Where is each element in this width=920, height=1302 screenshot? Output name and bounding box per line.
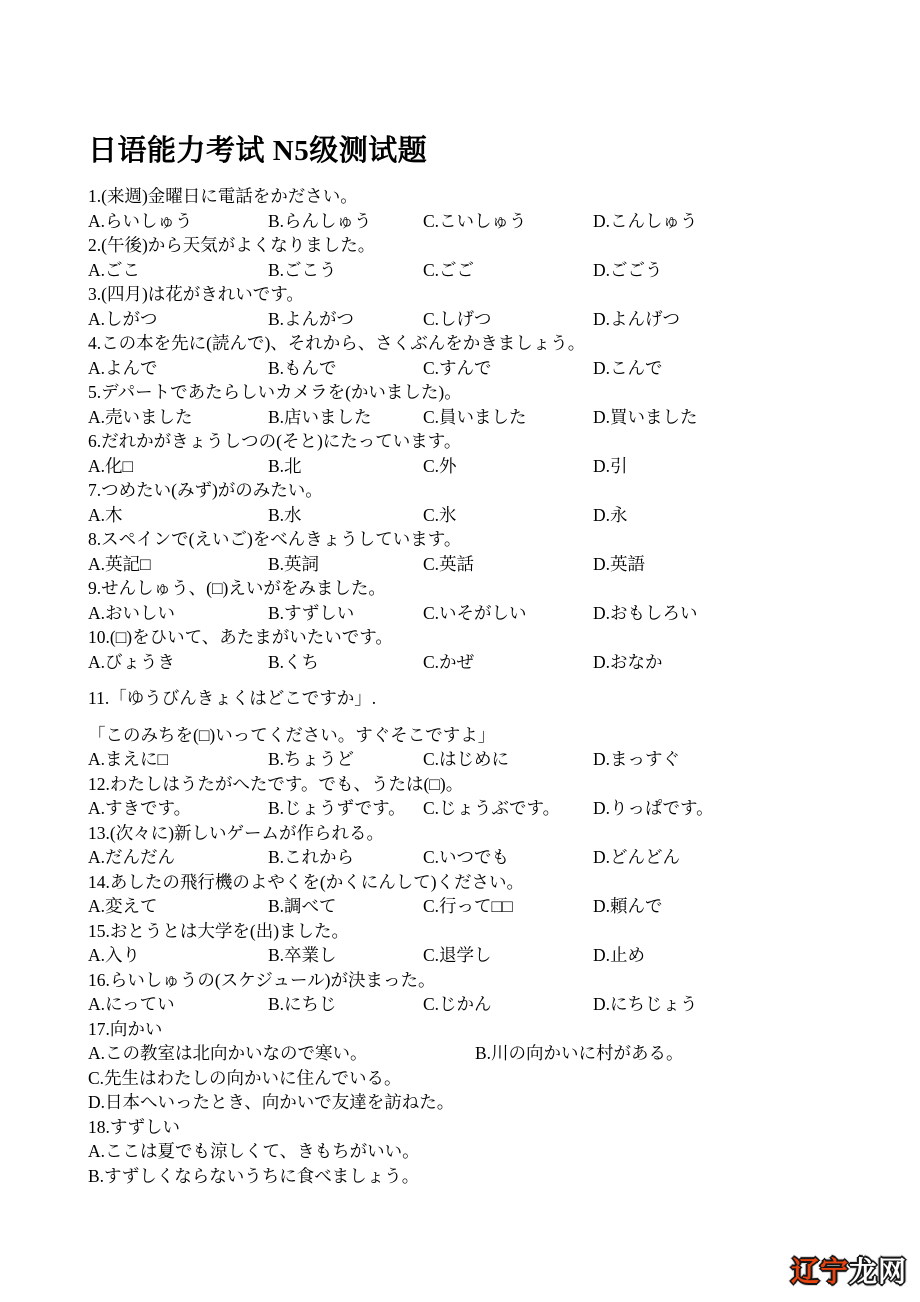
page-title: 日语能力考试 N5级测试题 (88, 134, 884, 169)
question-line: 2.(午後)から天気がよくなりました。 (88, 233, 884, 258)
option-cell: A.だんだん (88, 845, 268, 870)
option-cell: B.英詞 (268, 552, 423, 577)
option-cell: A.らいしゅう (88, 209, 268, 234)
question-line: 13.(次々に)新しいゲームが作られる。 (88, 821, 884, 846)
question-list: 1.(来週)金曜日に電話をかださい。A.らいしゅうB.らんしゅうC.こいしゅうD… (88, 184, 884, 1188)
option-line: C.先生はわたしの向かいに住んでいる。 (88, 1066, 884, 1091)
document-page: 日语能力考试 N5级测试题 1.(来週)金曜日に電話をかださい。A.らいしゅうB… (0, 0, 920, 1302)
option-line: B.すずしくならないうちに食べましょう。 (88, 1164, 884, 1189)
option-cell: D.にちじょう (593, 992, 884, 1017)
option-cell: B.卒業し (268, 943, 423, 968)
question-line: 17.向かい (88, 1017, 884, 1042)
option-cell: C.じょうぶです。 (423, 796, 593, 821)
option-cell: D.おなか (593, 650, 884, 675)
option-cell: B.らんしゅう (268, 209, 423, 234)
option-cell: C.氷 (423, 503, 593, 528)
option-cell: A.変えて (88, 894, 268, 919)
option-cell: A.すきです。 (88, 796, 268, 821)
dialogue-line: 「このみちを(□)いってください。すぐそこですよ」 (88, 723, 884, 748)
question-line: 11.「ゆうびんきょくはどこですか」. (88, 686, 884, 711)
option-cell: D.ごごう (593, 258, 884, 283)
options-row: A.化□B.北C.外D.引 (88, 454, 884, 479)
option-cell: C.退学し (423, 943, 593, 968)
question-line: 16.らいしゅうの(スケジュール)が決まった。 (88, 968, 884, 993)
option-cell: A.しがつ (88, 307, 268, 332)
watermark-part2: 龙网 (849, 1257, 907, 1288)
option-cell: A.まえに□ (88, 747, 268, 772)
option-cell: A.木 (88, 503, 268, 528)
question-line: 15.おとうとは大学を(出)ました。 (88, 919, 884, 944)
option-cell: D.引 (593, 454, 884, 479)
option-cell: C.行って□□ (423, 894, 593, 919)
option-cell: D.おもしろい (593, 601, 884, 626)
option-cell: C.じかん (423, 992, 593, 1017)
option-cell: A.おいしい (88, 601, 268, 626)
question-line: 5.デパートであたらしいカメラを(かいました)。 (88, 380, 884, 405)
option-line: A.ここは夏でも涼しくて、きもちがいい。 (88, 1139, 884, 1164)
option-cell: B.ごこう (268, 258, 423, 283)
option-cell: B.水 (268, 503, 423, 528)
option-cell: D.こんで (593, 356, 884, 381)
option-cell: C.こいしゅう (423, 209, 593, 234)
option-cell: D.よんげつ (593, 307, 884, 332)
options-row: A.英記□B.英詞C.英話D.英語 (88, 552, 884, 577)
option-cell: C.ごご (423, 258, 593, 283)
option-cell: C.員いました (423, 405, 593, 430)
question-line: 1.(来週)金曜日に電話をかださい。 (88, 184, 884, 209)
option-cell: C.しげつ (423, 307, 593, 332)
options-row: A.おいしいB.すずしいC.いそがしいD.おもしろい (88, 601, 884, 626)
option-cell: D.まっすぐ (593, 747, 884, 772)
option-cell: B.よんがつ (268, 307, 423, 332)
option-cell: C.いそがしい (423, 601, 593, 626)
option-cell: B.北 (268, 454, 423, 479)
option-cell: A.よんで (88, 356, 268, 381)
option-cell: D.頼んで (593, 894, 884, 919)
option-cell: D.買いました (593, 405, 884, 430)
option-cell: D.こんしゅう (593, 209, 884, 234)
option-cell: B.くち (268, 650, 423, 675)
options-row: A.すきです。B.じょうずです。C.じょうぶです。D.りっぱです。 (88, 796, 884, 821)
option-cell: D.英語 (593, 552, 884, 577)
options-row: A.にっていB.にちじC.じかんD.にちじょう (88, 992, 884, 1017)
option-cell: B.もんで (268, 356, 423, 381)
option-cell: A.ごこ (88, 258, 268, 283)
option-cell: B.これから (268, 845, 423, 870)
options-row: A.だんだんB.これからC.いつでもD.どんどん (88, 845, 884, 870)
option-cell: B.じょうずです。 (268, 796, 423, 821)
question-line: 3.(四月)は花がきれいです。 (88, 282, 884, 307)
option-cell: A.この教室は北向かいなので寒い。 (88, 1041, 475, 1066)
question-line: 12.わたしはうたがへたです。でも、うたは(□)。 (88, 772, 884, 797)
options-row: A.まえに□B.ちょうどC.はじめにD.まっすぐ (88, 747, 884, 772)
option-cell: C.すんで (423, 356, 593, 381)
watermark-part1: 辽宁 (791, 1257, 849, 1288)
question-line: 14.あしたの飛行機のよやくを(かくにんして)ください。 (88, 870, 884, 895)
options-row: A.ごこB.ごこうC.ごごD.ごごう (88, 258, 884, 283)
option-cell: B.調べて (268, 894, 423, 919)
option-cell: B.店いました (268, 405, 423, 430)
options-row: A.木B.水C.氷D.永 (88, 503, 884, 528)
options-row: A.変えてB.調べてC.行って□□D.頼んで (88, 894, 884, 919)
options-row: A.らいしゅうB.らんしゅうC.こいしゅうD.こんしゅう (88, 209, 884, 234)
option-cell: C.はじめに (423, 747, 593, 772)
option-cell: D.りっぱです。 (593, 796, 884, 821)
options-row: A.入りB.卒業しC.退学しD.止め (88, 943, 884, 968)
option-cell: A.化□ (88, 454, 268, 479)
option-cell: A.にってい (88, 992, 268, 1017)
option-cell: D.どんどん (593, 845, 884, 870)
option-cell: C.外 (423, 454, 593, 479)
option-cell: B.にちじ (268, 992, 423, 1017)
question-line: 10.(□)をひいて、あたまがいたいです。 (88, 625, 884, 650)
options-row: A.この教室は北向かいなので寒い。B.川の向かいに村がある。 (88, 1041, 884, 1066)
options-row: A.びょうきB.くちC.かぜD.おなか (88, 650, 884, 675)
option-cell: C.いつでも (423, 845, 593, 870)
question-line: 7.つめたい(みず)がのみたい。 (88, 478, 884, 503)
option-cell: A.入り (88, 943, 268, 968)
option-cell: C.かぜ (423, 650, 593, 675)
option-cell: A.売いました (88, 405, 268, 430)
option-cell: B.ちょうど (268, 747, 423, 772)
watermark: 辽宁龙网 (791, 1257, 907, 1289)
option-cell: C.英話 (423, 552, 593, 577)
document-content: 日语能力考试 N5级测试题 1.(来週)金曜日に電話をかださい。A.らいしゅうB… (88, 134, 884, 1188)
option-cell: D.止め (593, 943, 884, 968)
question-line: 9.せんしゅう、(□)えいがをみました。 (88, 576, 884, 601)
question-line: 6.だれかがきょうしつの(そと)にたっています。 (88, 429, 884, 454)
options-row: A.売いましたB.店いましたC.員いましたD.買いました (88, 405, 884, 430)
question-line: 8.スペインで(えいご)をべんきょうしています。 (88, 527, 884, 552)
options-row: A.よんでB.もんでC.すんでD.こんで (88, 356, 884, 381)
option-line: D.日本へいったとき、向かいで友達を訪ねた。 (88, 1090, 884, 1115)
option-cell: B.川の向かいに村がある。 (475, 1041, 884, 1066)
options-row: A.しがつB.よんがつC.しげつD.よんげつ (88, 307, 884, 332)
option-cell: A.びょうき (88, 650, 268, 675)
option-cell: B.すずしい (268, 601, 423, 626)
option-cell: D.永 (593, 503, 884, 528)
question-line: 4.この本を先に(読んで)、それから、さくぶんをかきましょう。 (88, 331, 884, 356)
question-line: 18.すずしい (88, 1115, 884, 1140)
option-cell: A.英記□ (88, 552, 268, 577)
